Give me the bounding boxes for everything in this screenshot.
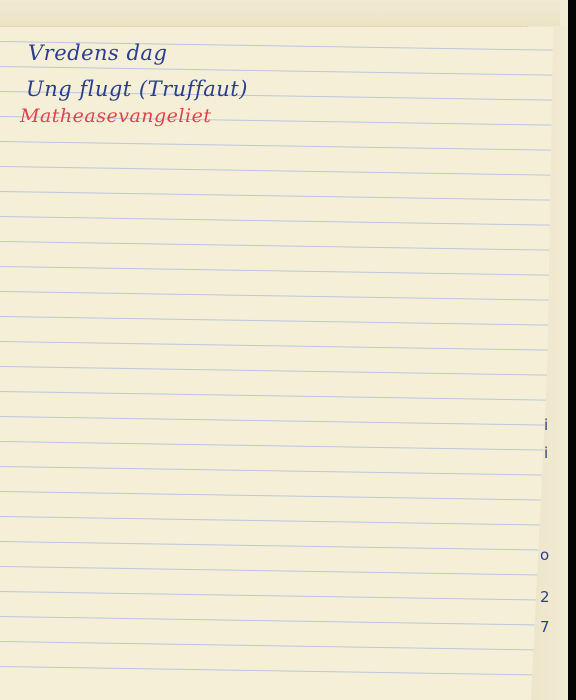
handwritten-line-3: Matheasevangeliet <box>20 105 211 127</box>
margin-mark: 7 <box>540 618 550 636</box>
rule-line <box>0 191 553 202</box>
rule-line <box>0 241 553 252</box>
margin-mark: o <box>540 546 549 564</box>
handwritten-line-2: Ung flugt (Truffaut) <box>26 77 248 101</box>
rule-line <box>0 491 553 502</box>
rule-line <box>0 441 553 452</box>
rule-line <box>0 291 553 302</box>
rule-line <box>0 616 553 627</box>
rule-line <box>0 591 553 602</box>
rule-line <box>0 466 553 477</box>
rule-line <box>0 266 553 277</box>
rule-line <box>0 516 553 527</box>
rule-line <box>0 391 553 402</box>
rule-line <box>0 641 553 652</box>
rule-line <box>0 316 553 327</box>
page-behind-top-edge <box>0 0 560 28</box>
rule-line <box>0 566 553 577</box>
rule-line <box>0 541 553 552</box>
rule-line <box>0 166 553 177</box>
rule-line <box>0 666 553 677</box>
notebook-scan: i i o 2 7 Vredens dag Ung flugt (Truff <box>0 0 576 700</box>
rule-line <box>0 66 553 77</box>
margin-mark: i <box>544 444 548 462</box>
rule-line <box>0 216 553 227</box>
lined-page: Vredens dag Ung flugt (Truffaut) Matheas… <box>0 27 553 700</box>
margin-mark: 2 <box>540 588 550 606</box>
rule-line <box>0 366 553 377</box>
rule-line <box>0 341 553 352</box>
rule-line <box>0 141 553 152</box>
scan-border <box>568 0 576 700</box>
handwritten-line-1: Vredens dag <box>28 41 167 65</box>
rule-line <box>0 416 553 427</box>
